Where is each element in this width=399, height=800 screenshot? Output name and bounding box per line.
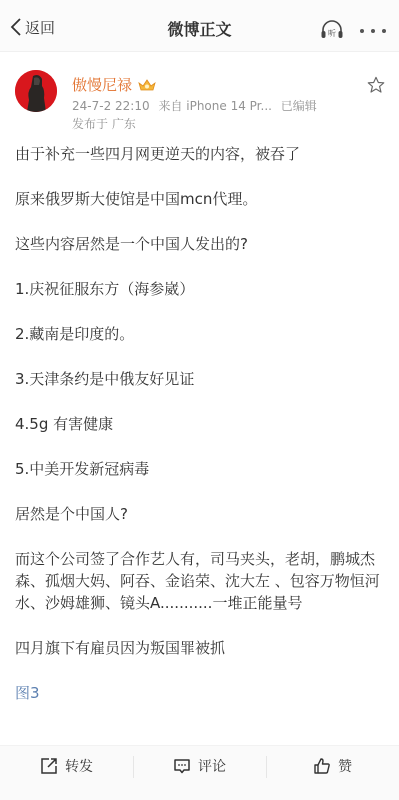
post-paragraph: 这些内容居然是一个中国人发出的? <box>15 233 387 255</box>
post-paragraph: 5.中美开发新冠病毒 <box>15 458 387 480</box>
thumbs-up-icon <box>313 757 331 775</box>
repost-label: 转发 <box>65 756 93 776</box>
post-meta: 24-7-2 22:10 来自 iPhone 14 Pr... 已编辑 <box>72 97 322 114</box>
bottom-action-bar: 转发 评论 赞 <box>0 745 399 800</box>
back-label: 返回 <box>25 17 55 38</box>
post-paragraph: 4.5g 有害健康 <box>15 413 387 435</box>
chevron-left-icon <box>10 17 22 37</box>
post-paragraph: 居然是个中国人? <box>15 503 387 525</box>
author-name[interactable]: 傲慢尼禄 <box>72 74 132 95</box>
more-dot-icon <box>371 29 375 33</box>
comment-bubble-icon <box>173 757 191 775</box>
post-paragraph: 1.庆祝征服东方（海参崴） <box>15 278 387 300</box>
headphones-listen-icon: 听 <box>320 20 344 40</box>
vip-crown-badge-icon <box>137 78 157 92</box>
back-button[interactable]: 返回 <box>10 16 55 38</box>
favorite-button[interactable] <box>367 76 385 94</box>
listen-button[interactable]: 听 <box>320 20 344 40</box>
more-dot-icon <box>360 29 364 33</box>
post-paragraph: 由于补充一些四月网更逆天的内容，被吞了 <box>15 143 387 165</box>
post-source: 来自 iPhone 14 Pr... <box>158 99 272 113</box>
more-options-button[interactable] <box>360 28 386 34</box>
post-paragraph: 原来俄罗斯大使馆是中国mcn代理。 <box>15 188 387 210</box>
post-author-header: 傲慢尼禄 24-7-2 22:10 来自 iPhone 14 Pr... 已编辑… <box>15 70 385 130</box>
avatar-image-icon <box>15 70 57 112</box>
comment-button[interactable]: 评论 <box>133 746 266 786</box>
post-timestamp: 24-7-2 22:10 <box>72 99 150 113</box>
post-location: 发布于 广东 <box>72 115 136 132</box>
avatar[interactable] <box>15 70 57 112</box>
more-dot-icon <box>382 29 386 33</box>
repost-share-icon <box>40 757 58 775</box>
post-paragraph: 四月旗下有雇员因为叛国罪被抓 <box>15 637 387 659</box>
post-content: 由于补充一些四月网更逆天的内容，被吞了 原来俄罗斯大使馆是中国mcn代理。 这些… <box>15 143 387 704</box>
comment-label: 评论 <box>198 756 226 776</box>
svg-text:听: 听 <box>328 28 336 38</box>
image-link[interactable]: 图3 <box>15 682 40 704</box>
star-icon <box>367 76 385 94</box>
author-name-row: 傲慢尼禄 <box>72 74 157 95</box>
top-navbar: 返回 微博正文 听 <box>0 0 399 52</box>
post-paragraph: 2.藏南是印度的。 <box>15 323 387 345</box>
like-button[interactable]: 赞 <box>266 746 399 786</box>
post-paragraph: 而这个公司签了合作艺人有，司马夹头，老胡，鹏城杰森、孤烟大妈、阿吞、金谄荣、沈大… <box>15 548 387 614</box>
edited-label[interactable]: 已编辑 <box>281 99 317 113</box>
like-label: 赞 <box>338 756 352 776</box>
post-paragraph: 3.天津条约是中俄友好见证 <box>15 368 387 390</box>
repost-button[interactable]: 转发 <box>0 746 133 786</box>
